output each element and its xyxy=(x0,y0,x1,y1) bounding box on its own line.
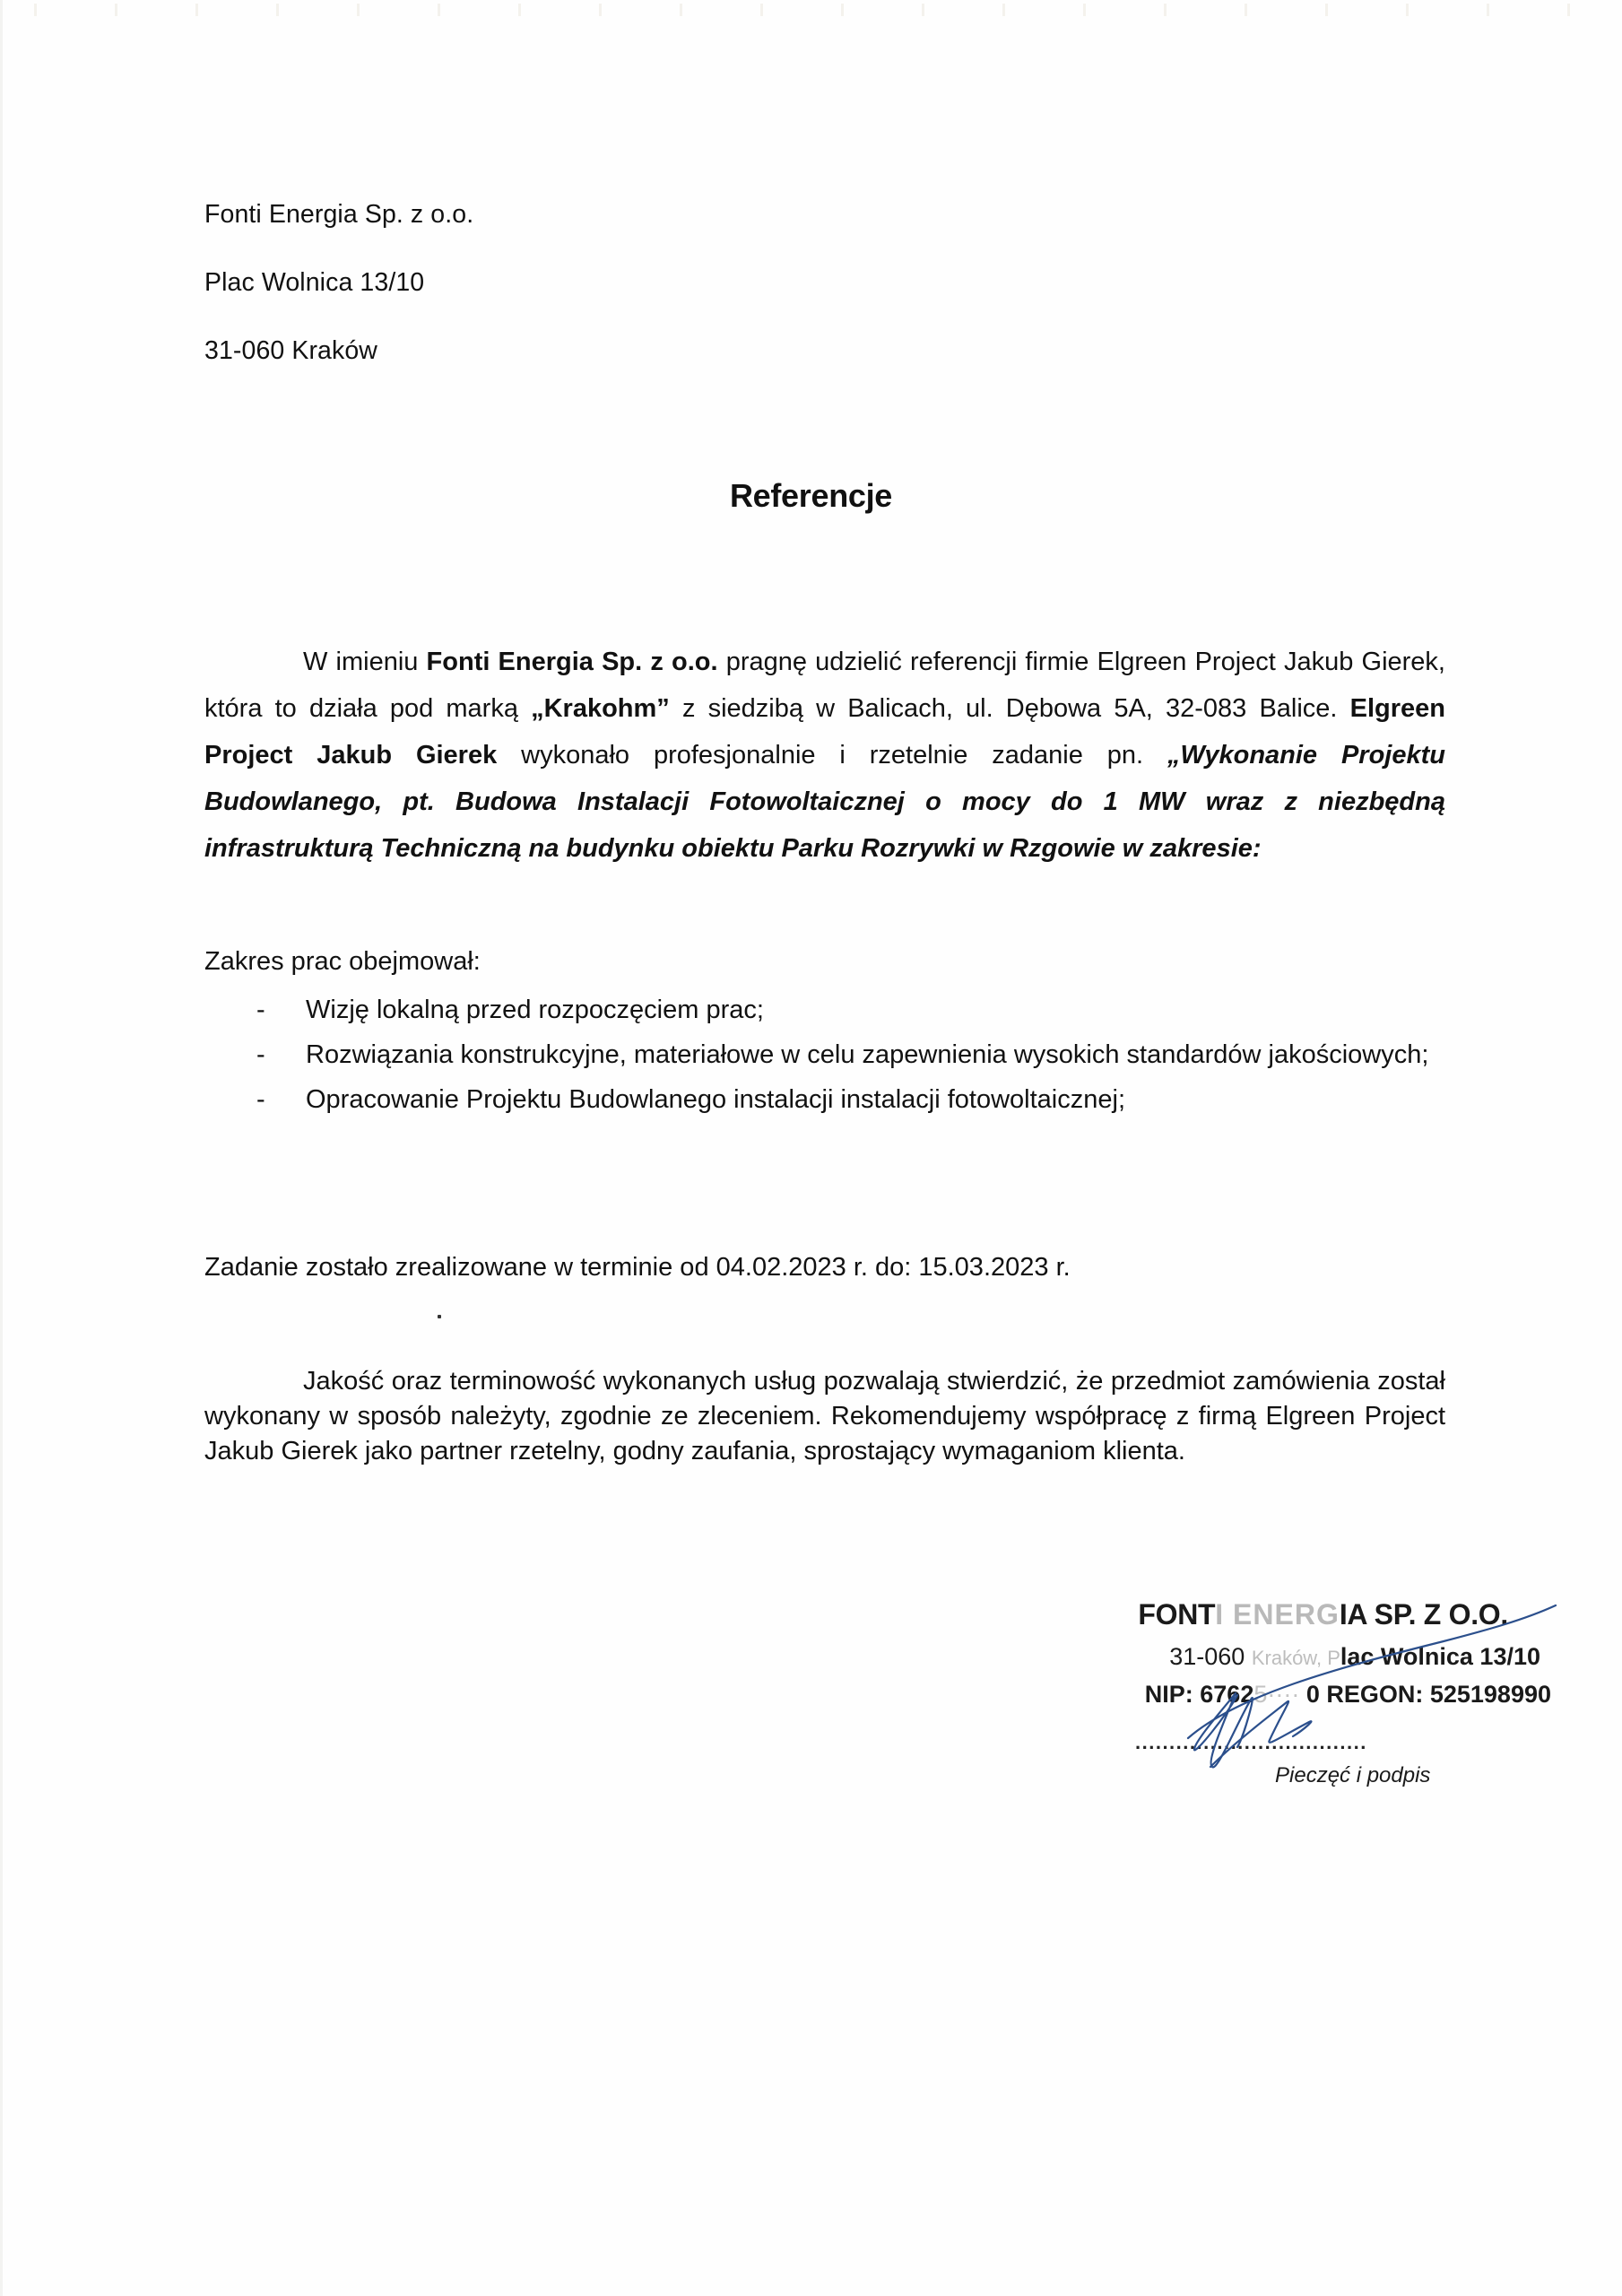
list-item: -Opracowanie Projektu Budowlanego instal… xyxy=(204,1077,1445,1122)
list-item: -Rozwiązania konstrukcyjne, materiałowe … xyxy=(204,1032,1445,1077)
brand-name: „Krakohm” xyxy=(531,694,670,723)
issuer-name: Fonti Energia Sp. z o.o. xyxy=(427,648,718,676)
sender-street: Plac Wolnica 13/10 xyxy=(204,267,424,298)
sender-city: 31-060 Kraków xyxy=(204,335,377,366)
dash-bullet-icon: - xyxy=(256,1032,265,1077)
dash-bullet-icon: - xyxy=(256,1077,265,1122)
list-item-text: Rozwiązania konstrukcyjne, materiałowe w… xyxy=(306,1040,1428,1069)
list-item-text: Opracowanie Projektu Budowlanego instala… xyxy=(306,1085,1125,1114)
list-item-text: Wizję lokalną przed rozpoczęciem prac; xyxy=(306,996,764,1024)
sender-company: Fonti Energia Sp. z o.o. xyxy=(204,199,473,230)
recommendation-paragraph: Jakość oraz terminowość wykonanych usług… xyxy=(204,1364,1445,1469)
reference-paragraph: W imieniu Fonti Energia Sp. z o.o. pragn… xyxy=(204,639,1445,872)
stamp-ids: NIP: 67625···· 0 REGON: 525198990 xyxy=(1145,1681,1551,1709)
text-span: z siedzibą w Balicach, ul. Dębowa 5A, 32… xyxy=(670,694,1350,723)
scope-label: Zakres prac obejmował: xyxy=(204,945,481,978)
text-span: wykonało profesjonalnie i rzetelnie zada… xyxy=(497,741,1167,770)
scan-edge xyxy=(0,0,3,2296)
stamp-company: FONTI ENERGIA SP. Z O.O. xyxy=(1138,1598,1508,1631)
stray-mark xyxy=(438,1315,441,1318)
signature-caption: Pieczęć i podpis xyxy=(1275,1763,1430,1788)
completion-period: Zadanie zostało zrealizowane w terminie … xyxy=(204,1251,1071,1283)
recommendation-text: Jakość oraz terminowość wykonanych usług… xyxy=(204,1367,1445,1465)
document-title: Referencje xyxy=(0,477,1622,515)
stamp-address: 31-060 Kraków, Plac Wolnica 13/10 xyxy=(1169,1643,1540,1671)
company-stamp: FONTI ENERGIA SP. Z O.O. 31-060 Kraków, … xyxy=(1103,1587,1569,1821)
dash-bullet-icon: - xyxy=(256,987,265,1032)
scope-list: -Wizję lokalną przed rozpoczęciem prac; … xyxy=(204,987,1445,1122)
signature-line: .................................. xyxy=(1135,1731,1367,1754)
list-item: -Wizję lokalną przed rozpoczęciem prac; xyxy=(204,987,1445,1032)
document-page: Fonti Energia Sp. z o.o. Plac Wolnica 13… xyxy=(0,0,1622,2296)
scan-artifacts xyxy=(0,4,1622,16)
text-span: W imieniu xyxy=(303,648,427,676)
